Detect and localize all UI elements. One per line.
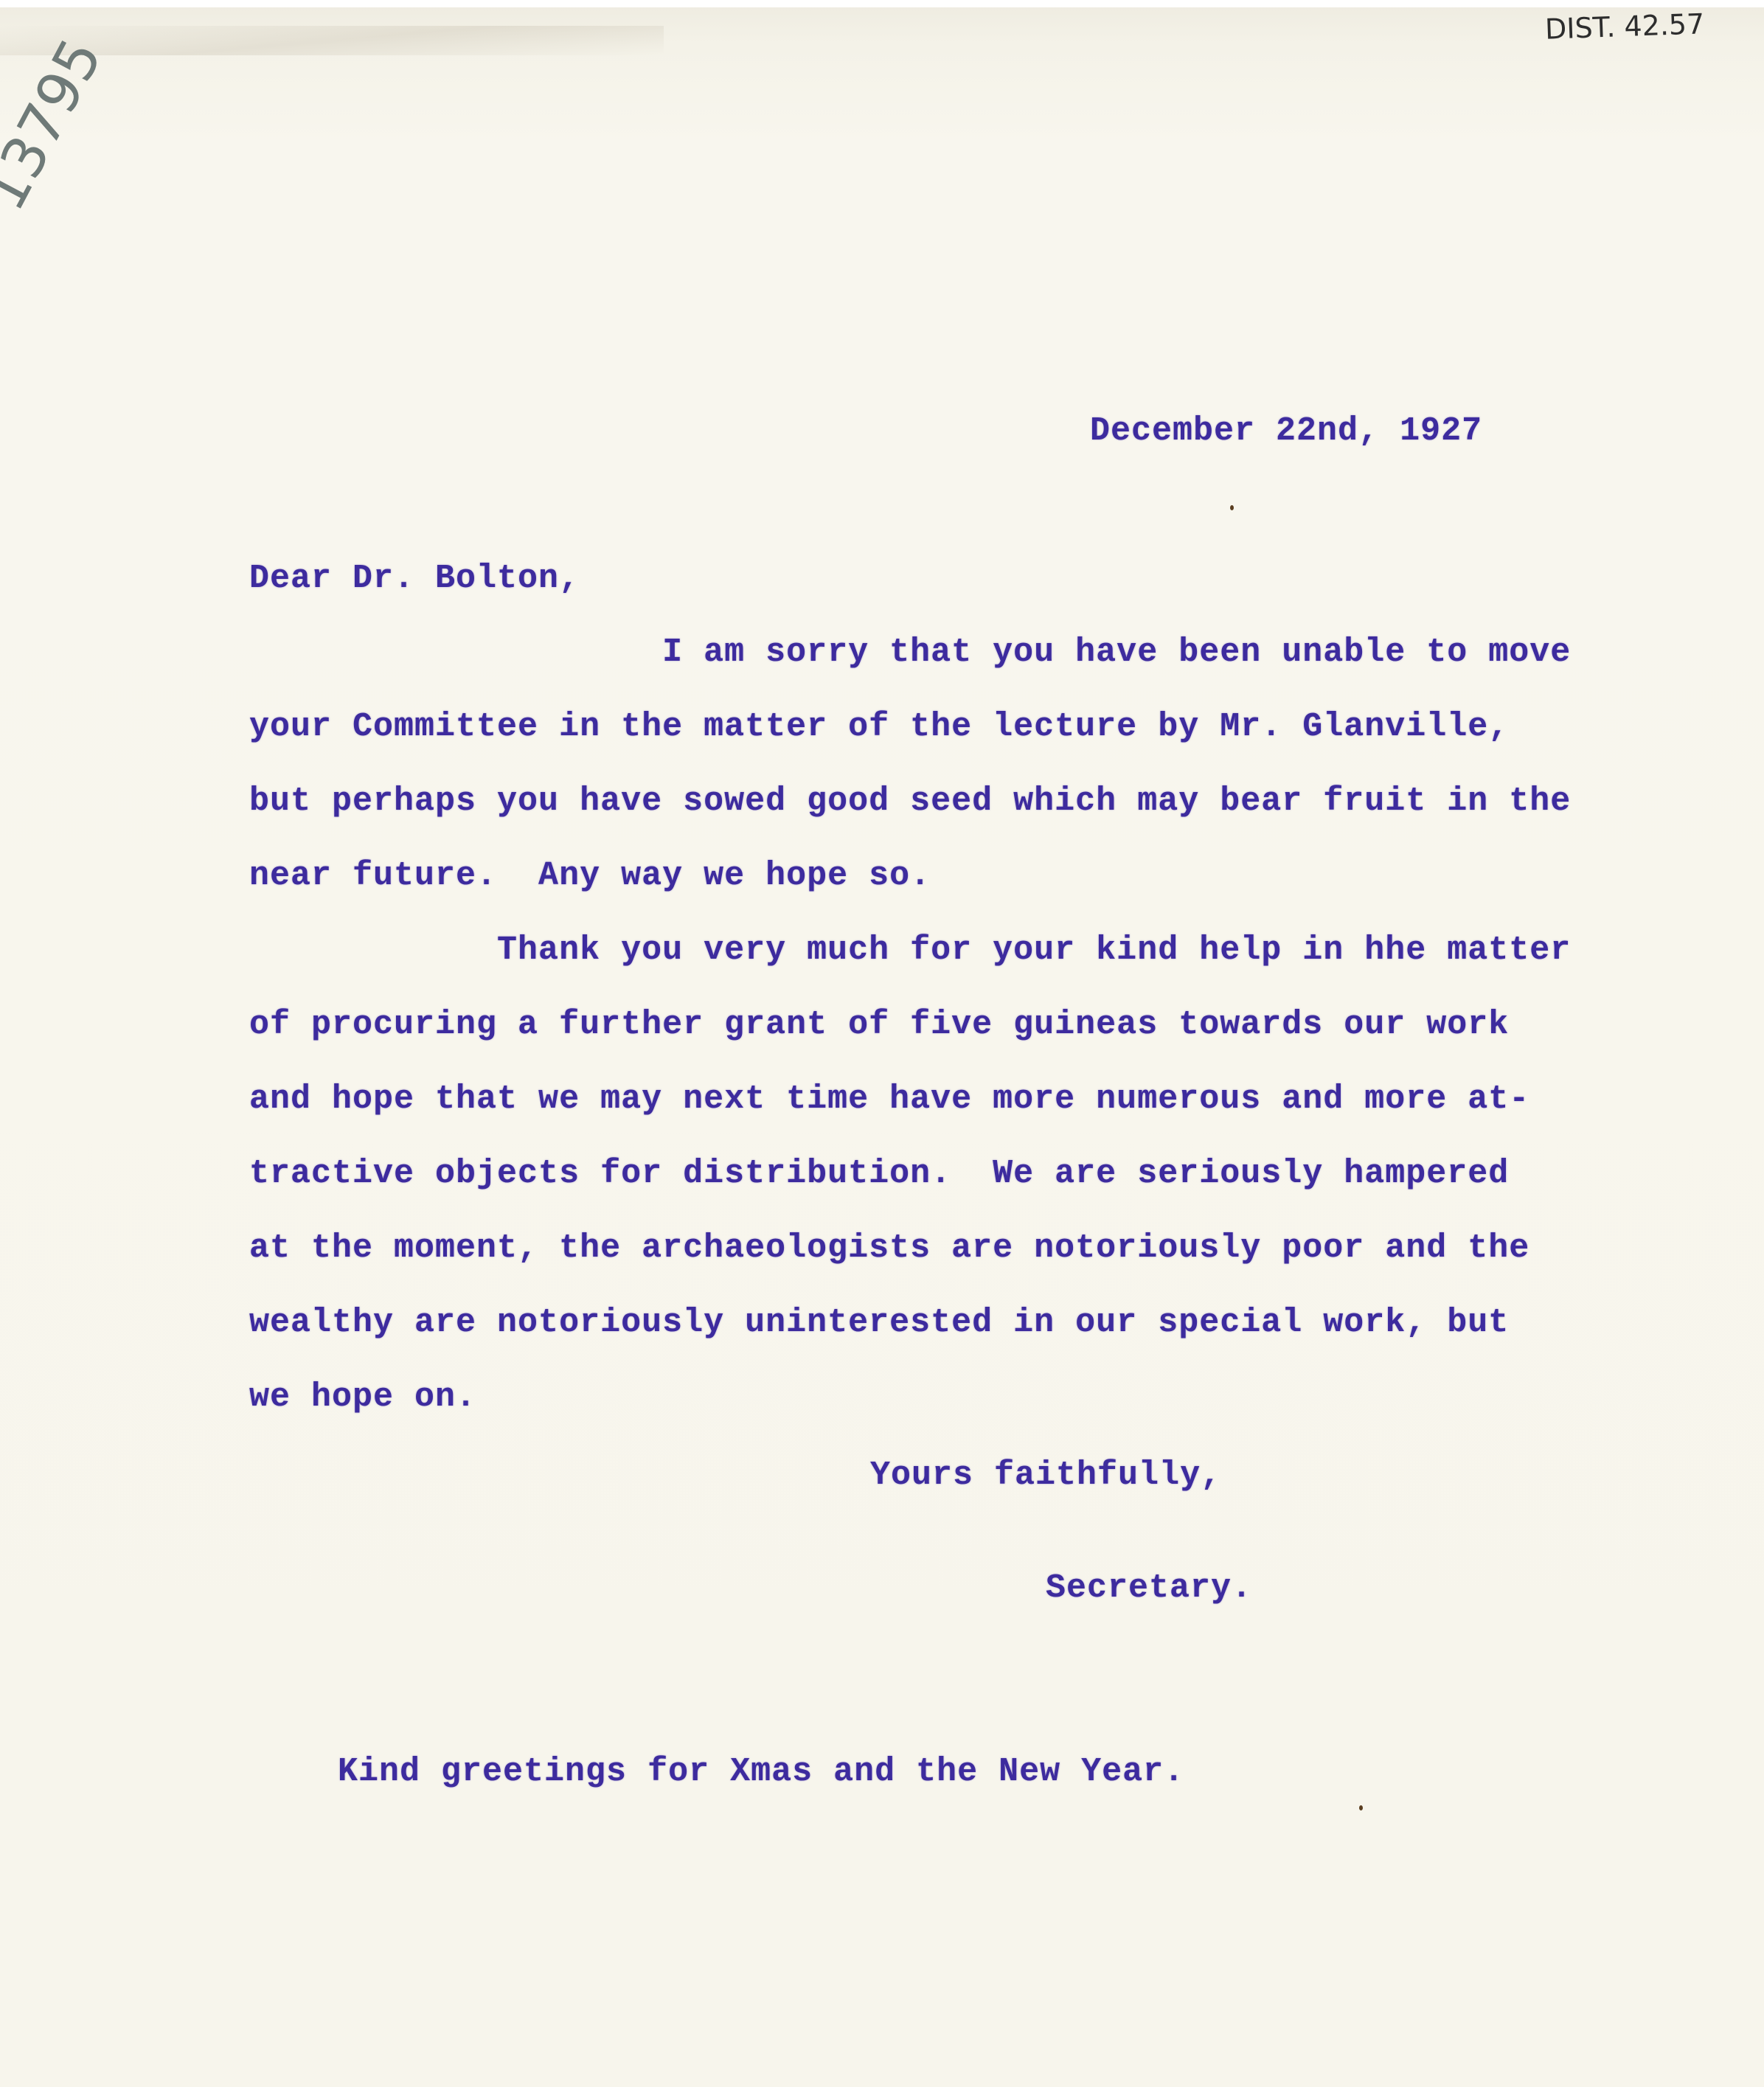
postscript: Kind greetings for Xmas and the New Year…: [338, 1755, 1184, 1788]
body-line: I am sorry that you have been unable to …: [249, 636, 1571, 669]
body-line: but perhaps you have sowed good seed whi…: [249, 785, 1571, 818]
body-line: wealthy are notoriously uninterested in …: [249, 1306, 1509, 1339]
body-line: tractive objects for distribution. We ar…: [249, 1157, 1509, 1190]
body-line: we hope on.: [249, 1381, 476, 1414]
body-line: your Committee in the matter of the lect…: [249, 710, 1509, 743]
closing: Yours faithfully,: [870, 1459, 1221, 1492]
letter-date: December 22nd, 1927: [1090, 414, 1482, 448]
paper-speck: [1230, 505, 1234, 510]
body-line: near future. Any way we hope so.: [249, 859, 931, 892]
body-line: Thank you very much for your kind help i…: [249, 934, 1571, 967]
body-line: and hope that we may next time have more…: [249, 1083, 1529, 1116]
signature-title: Secretary.: [1046, 1572, 1252, 1605]
accession-number: 13795: [0, 29, 115, 221]
archive-reference: DIST. 42.57: [1544, 7, 1705, 46]
salutation: Dear Dr. Bolton,: [249, 562, 580, 595]
body-line: of procuring a further grant of five gui…: [249, 1008, 1509, 1041]
page-top-edge: [0, 0, 1764, 7]
body-line: at the moment, the archaeologists are no…: [249, 1232, 1529, 1265]
paper-speck: [1359, 1805, 1363, 1810]
letter-page: DIST. 42.57 13795 December 22nd, 1927 De…: [0, 0, 1764, 2087]
